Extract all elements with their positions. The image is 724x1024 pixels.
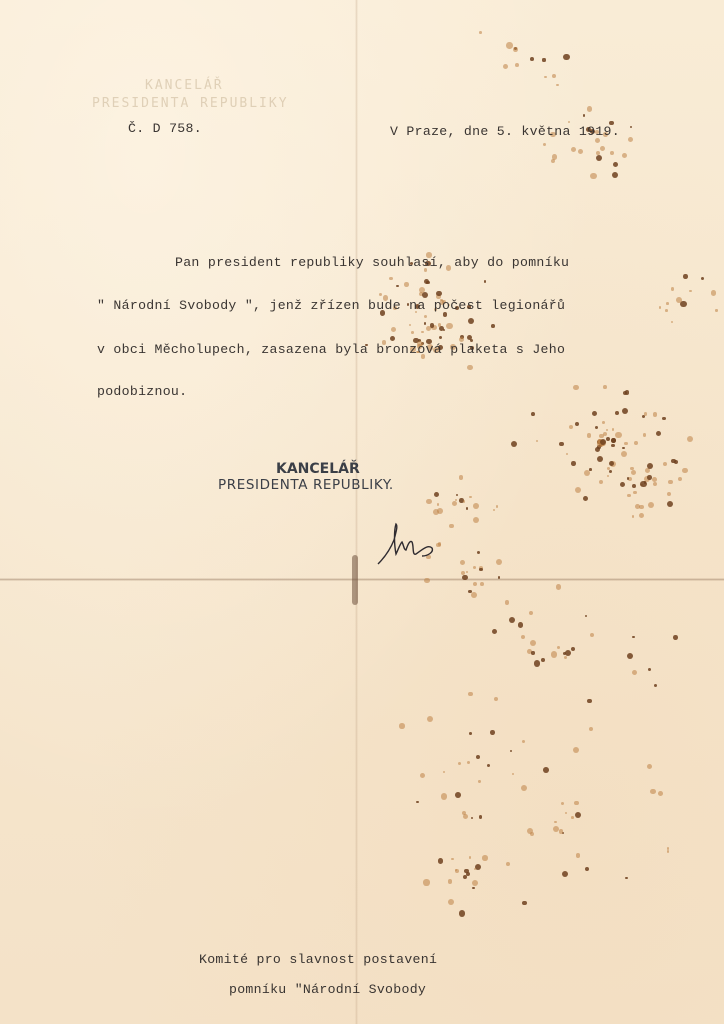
foxing-spot [449, 524, 453, 528]
foxing-spot [411, 331, 414, 334]
foxing-spot [463, 500, 465, 502]
foxing-spot [426, 281, 429, 284]
foxing-spot [612, 172, 618, 178]
foxing-spot [627, 477, 630, 480]
foxing-spot [426, 499, 431, 504]
office-stamp-line1: KANCELÁŘ [276, 461, 360, 477]
foxing-spot [613, 162, 618, 167]
foxing-spot [678, 477, 682, 481]
embossed-seal-line1: KANCELÁŘ [145, 78, 224, 93]
foxing-spot [496, 505, 498, 507]
foxing-spot [611, 444, 614, 447]
foxing-spot [459, 910, 465, 916]
foxing-spot [671, 287, 675, 291]
foxing-spot [615, 411, 619, 415]
foxing-spot [622, 447, 624, 449]
foxing-spot [531, 412, 535, 416]
foxing-spot [471, 592, 477, 598]
foxing-spot [534, 660, 540, 666]
foxing-spot [683, 274, 687, 278]
foxing-spot [509, 617, 515, 623]
foxing-spot [471, 817, 473, 819]
foxing-spot [634, 441, 638, 445]
foxing-spot [424, 578, 429, 583]
foxing-spot [468, 692, 473, 697]
foxing-spot [473, 503, 479, 509]
foxing-spot [632, 636, 634, 638]
foxing-spot [551, 651, 557, 657]
foxing-spot [715, 309, 717, 311]
foxing-spot [615, 432, 621, 438]
vertical-fold-line [355, 0, 358, 1024]
place-and-date: V Praze, dne 5. května 1919. [390, 124, 620, 139]
foxing-spot [466, 507, 468, 509]
foxing-spot [419, 287, 425, 293]
body-line-2: " Národní Svobody ", jenž zřízen bude na… [97, 298, 565, 313]
foxing-spot [456, 494, 458, 496]
fold-crease-mark [352, 555, 358, 605]
foxing-spot [482, 855, 488, 861]
foxing-spot [648, 502, 654, 508]
foxing-spot [609, 461, 614, 466]
foxing-spot [673, 635, 678, 640]
foxing-spot [658, 791, 663, 796]
foxing-spot [595, 447, 600, 452]
foxing-spot [554, 821, 557, 824]
foxing-spot [552, 74, 556, 78]
foxing-spot [600, 146, 605, 151]
foxing-spot [632, 515, 634, 517]
foxing-spot [530, 832, 534, 836]
foxing-spot [682, 468, 688, 474]
foxing-spot [666, 302, 669, 305]
foxing-spot [505, 600, 510, 605]
foxing-spot [639, 513, 644, 518]
foxing-spot [469, 856, 471, 858]
foxing-spot [627, 494, 631, 498]
foxing-spot [569, 425, 573, 429]
foxing-spot [469, 732, 472, 735]
foxing-spot [676, 297, 682, 303]
foxing-spot [662, 417, 666, 421]
foxing-spot [564, 656, 567, 659]
reference-number: Č. D 758. [128, 121, 202, 136]
signature-icon [372, 520, 442, 568]
foxing-spot [463, 814, 468, 819]
foxing-spot [648, 668, 651, 671]
foxing-spot [627, 653, 633, 659]
foxing-spot [671, 459, 675, 463]
foxing-spot [576, 853, 580, 857]
foxing-spot [478, 780, 480, 782]
foxing-spot [436, 291, 442, 297]
foxing-spot [467, 365, 473, 371]
foxing-spot [543, 143, 546, 146]
foxing-spot [667, 492, 671, 496]
foxing-spot [557, 646, 560, 649]
foxing-spot [434, 492, 439, 497]
foxing-spot [611, 438, 616, 443]
foxing-spot [506, 42, 512, 48]
foxing-spot [559, 442, 563, 446]
foxing-spot [563, 54, 569, 60]
foxing-spot [603, 385, 607, 389]
foxing-spot [659, 306, 661, 308]
foxing-spot [574, 801, 579, 806]
foxing-spot [531, 651, 534, 654]
foxing-spot [543, 767, 549, 773]
foxing-spot [600, 439, 606, 445]
office-stamp-line2: PRESIDENTA REPUBLIKY. [218, 477, 394, 493]
foxing-spot [515, 63, 519, 67]
foxing-spot [472, 887, 475, 890]
body-line-1: Pan president republiky souhlasí, aby do… [175, 255, 569, 270]
horizontal-fold-line [0, 578, 724, 581]
foxing-spot [493, 509, 495, 511]
foxing-spot [701, 277, 704, 280]
foxing-spot [426, 326, 431, 331]
foxing-spot [628, 137, 633, 142]
foxing-spot [587, 106, 592, 111]
foxing-spot [427, 716, 433, 722]
foxing-spot [711, 290, 716, 295]
foxing-spot [663, 462, 667, 466]
foxing-spot [480, 582, 484, 586]
foxing-spot [522, 740, 525, 743]
foxing-spot [571, 147, 576, 152]
foxing-spot [541, 658, 545, 662]
foxing-spot [479, 815, 482, 818]
foxing-spot [592, 411, 597, 416]
foxing-spot [542, 58, 545, 61]
foxing-spot [571, 461, 576, 466]
foxing-spot [622, 153, 627, 158]
foxing-spot [399, 723, 404, 728]
foxing-spot [448, 879, 452, 883]
foxing-spot [506, 862, 510, 866]
foxing-spot [441, 793, 447, 799]
foxing-spot [575, 812, 581, 818]
foxing-spot [565, 812, 567, 814]
foxing-spot [647, 764, 652, 769]
addressee-line-2: pomníku "Národní Svobody [229, 982, 426, 997]
body-line-4: podobiznou. [97, 384, 187, 399]
foxing-spot [420, 773, 425, 778]
foxing-spot [511, 441, 517, 447]
foxing-spot [609, 470, 612, 473]
foxing-spot [607, 467, 610, 470]
foxing-spot [583, 496, 588, 501]
foxing-spot [573, 385, 578, 390]
foxing-spot [606, 429, 608, 431]
foxing-spot [491, 324, 495, 328]
foxing-spot [416, 801, 418, 803]
foxing-spot [462, 811, 466, 815]
foxing-spot [633, 491, 636, 494]
addressee-line-1: Komité pro slavnost postavení [199, 952, 437, 967]
foxing-spot [455, 792, 461, 798]
foxing-spot [652, 477, 657, 482]
foxing-spot [451, 858, 453, 860]
foxing-spot [624, 442, 627, 445]
foxing-spot [490, 730, 495, 735]
foxing-spot [530, 640, 536, 646]
foxing-spot [559, 829, 564, 834]
foxing-spot [446, 323, 452, 329]
paper-background [0, 0, 724, 1024]
foxing-spot [556, 584, 562, 590]
foxing-spot [379, 293, 382, 296]
foxing-spot [423, 879, 429, 885]
foxing-spot [437, 503, 439, 505]
foxing-spot [544, 76, 547, 79]
foxing-spot [643, 433, 647, 437]
foxing-spot [513, 47, 518, 52]
foxing-spot [573, 747, 579, 753]
foxing-spot [404, 282, 409, 287]
foxing-spot [640, 481, 646, 487]
foxing-spot [687, 436, 693, 442]
embossed-seal-line2: PRESIDENTA REPUBLIKY [92, 96, 289, 111]
foxing-spot [584, 470, 590, 476]
body-line-3: v obci Měcholupech, zasazena byla bronzo… [97, 342, 565, 357]
foxing-spot [536, 440, 538, 442]
foxing-spot [484, 280, 486, 282]
foxing-spot [610, 151, 614, 155]
foxing-spot [654, 684, 657, 687]
foxing-spot [689, 290, 692, 293]
foxing-spot [518, 622, 523, 627]
foxing-spot [459, 475, 463, 479]
foxing-spot [521, 635, 525, 639]
foxing-spot [424, 322, 426, 324]
foxing-spot [424, 315, 427, 318]
foxing-spot [590, 173, 596, 179]
